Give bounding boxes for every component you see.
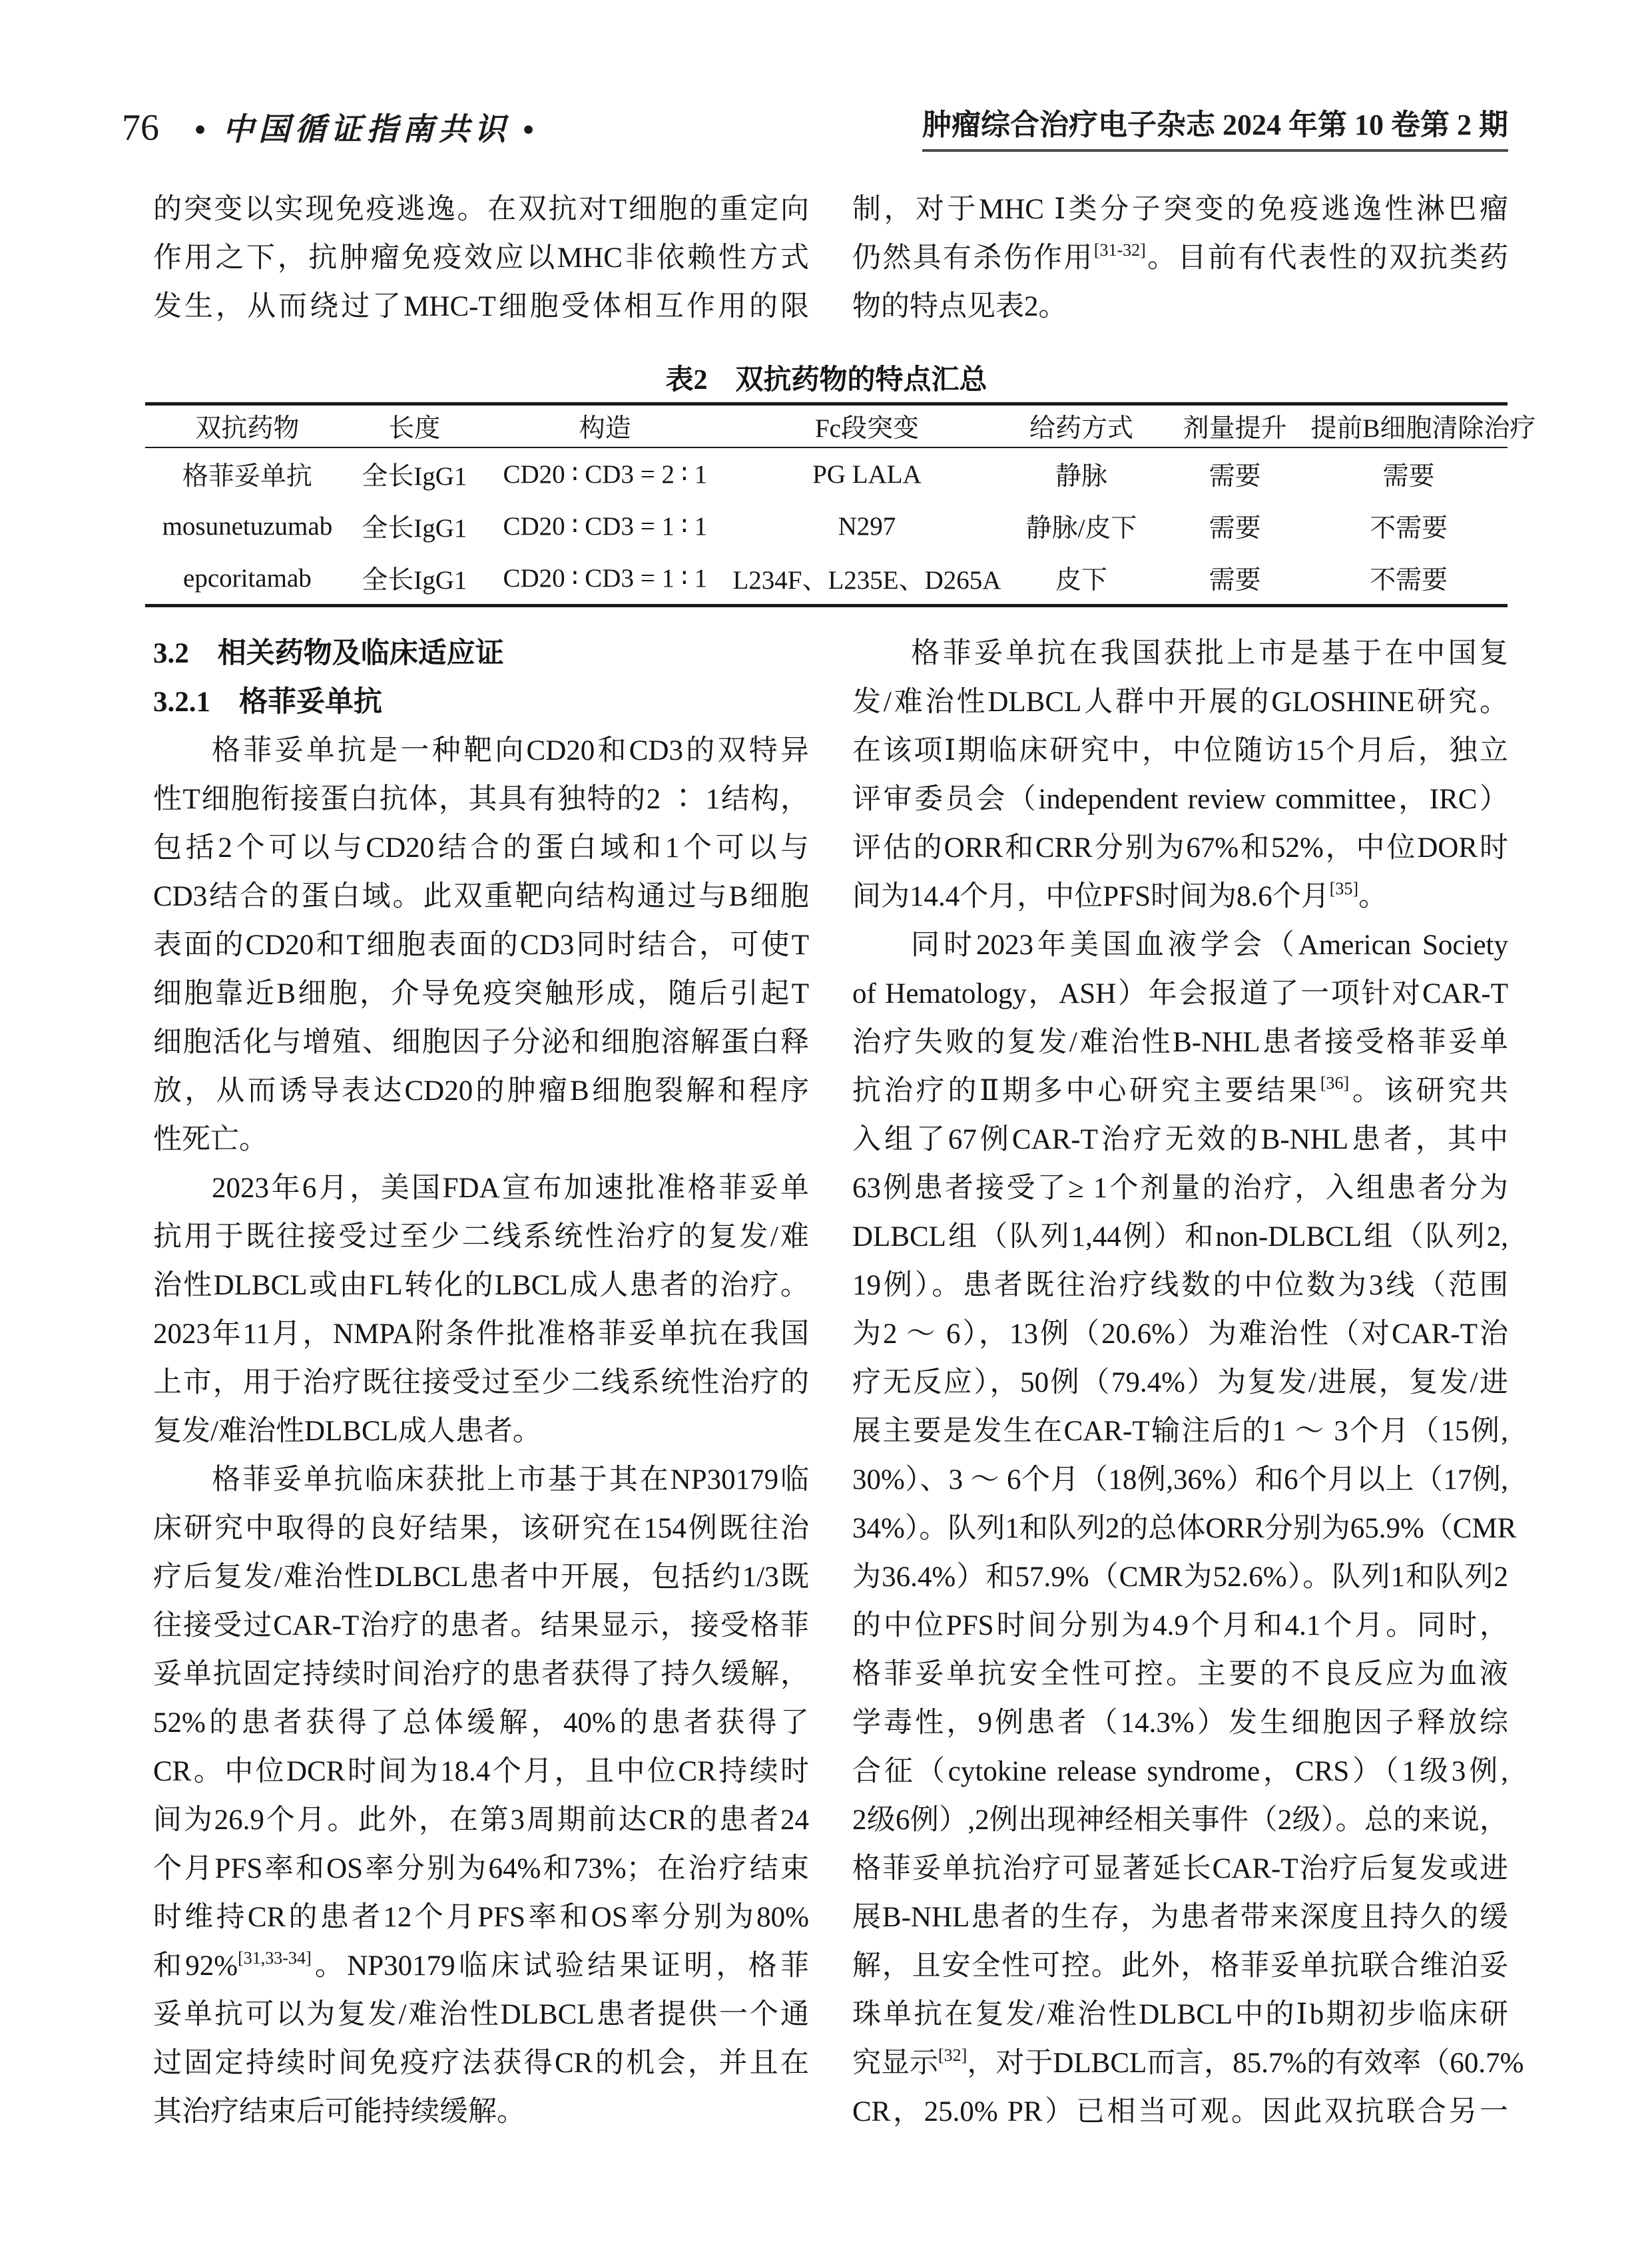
table-caption: 表2 双抗药物的特点汇总 (145, 364, 1508, 397)
right-column-top: 制，对于MHC Ⅰ类分子突变的免疫逃逸性淋巴瘤仍然具有杀伤作用[31-32]。目… (852, 185, 1508, 331)
text-line: 2023年6月，美国FDA宣布加速批准格菲妥单 (153, 1164, 809, 1213)
table-header-cell: 双抗药物 (145, 404, 350, 448)
table-row: epcoritamab全长IgG1CD20 ∶ CD3 = 1 ∶ 1L234F… (145, 552, 1508, 606)
table-header-cell: Fc段突变 (731, 404, 1003, 448)
citation-superscript: [31-32] (1094, 240, 1146, 260)
text-line: 的中位PFS时间分别为4.9个月和4.1个月。同时， (852, 1601, 1508, 1650)
citation-superscript: [35] (1330, 879, 1358, 898)
text-line: 治性DLBCL或由FL转化的LBCL成人患者的治疗。 (153, 1261, 809, 1310)
text-line: CR，25.0% PR）已相当可观。因此双抗联合另一 (852, 2088, 1508, 2136)
table-cell: 需要 (1310, 447, 1508, 500)
text-line: 究显示[32]，对于DLBCL而言，85.7%的有效率（60.7% (852, 2039, 1508, 2088)
section-heading: 3.2 相关药物及临床适应证 (153, 629, 809, 678)
text-line: 间为26.9个月。此外，在第3周期前达CR的患者24 (153, 1796, 809, 1844)
text-line: 的突变以实现免疫逃逸。在双抗对T细胞的重定向 (153, 185, 809, 234)
text-line: 展B-NHL患者的生存，为患者带来深度且持久的缓 (852, 1893, 1508, 1942)
table-header-cell: 剂量提升 (1160, 404, 1310, 448)
left-column-main: 3.2 相关药物及临床适应证3.2.1 格菲妥单抗格菲妥单抗是一种靶向CD20和… (153, 629, 809, 2136)
page-number: 76 (122, 108, 159, 148)
text-line: 学毒性，9例患者（14.3%）发生细胞因子释放综 (852, 1699, 1508, 1747)
text-line: 珠单抗在复发/难治性DLBCL中的Ⅰb期初步临床研 (852, 1990, 1508, 2039)
table-cell: 全长IgG1 (350, 552, 479, 606)
text-line: 格菲妥单抗是一种靶向CD20和CD3的双特异 (153, 726, 809, 775)
text-line: 格菲妥单抗临床获批上市基于其在NP30179临 (153, 1456, 809, 1504)
table-cell: CD20 ∶ CD3 = 2 ∶ 1 (479, 447, 731, 500)
text-line: 复发/难治性DLBCL成人患者。 (153, 1407, 809, 1456)
text-line: 格菲妥单抗安全性可控。主要的不良反应为血液 (852, 1650, 1508, 1699)
table-header-row: 双抗药物长度构造Fc段突变给药方式剂量提升提前B细胞清除治疗 (145, 404, 1508, 448)
table-cell: 不需要 (1310, 552, 1508, 606)
citation-superscript: [36] (1320, 1073, 1349, 1093)
text-line: 2级6例）,2例出现神经相关事件（2级）。总的来说， (852, 1796, 1508, 1844)
text-line: 妥单抗可以为复发/难治性DLBCL患者提供一个通 (153, 1990, 809, 2039)
text-line: 格菲妥单抗在我国获批上市是基于在中国复 (852, 629, 1508, 678)
table-row: 格菲妥单抗全长IgG1CD20 ∶ CD3 = 2 ∶ 1PG LALA静脉需要… (145, 447, 1508, 500)
text-line: 解，且安全性可控。此外，格菲妥单抗联合维泊妥 (852, 1942, 1508, 1990)
text-line: 19例）。患者既往治疗线数的中位数为3线（范围 (852, 1261, 1508, 1310)
table-cell: L234F、L235E、D265A (731, 552, 1003, 606)
table-cell: 静脉 (1003, 447, 1160, 500)
table-cell: 需要 (1160, 500, 1310, 552)
text-line: 往接受过CAR-T治疗的患者。结果显示，接受格菲 (153, 1601, 809, 1650)
text-line: 放，从而诱导表达CD20的肿瘤B细胞裂解和程序 (153, 1067, 809, 1115)
table-cell: CD20 ∶ CD3 = 1 ∶ 1 (479, 552, 731, 606)
text-line: 物的特点见表2。 (852, 282, 1508, 331)
text-line: 63例患者接受了≥ 1个剂量的治疗，入组患者分为 (852, 1164, 1508, 1213)
journal-header: 肿瘤综合治疗电子杂志 2024 年第 10 卷第 2 期 (922, 108, 1508, 152)
text-line: 30%）、3 ～ 6个月（18例,36%）和6个月以上（17例, (852, 1456, 1508, 1504)
text-line: 床研究中取得的良好结果，该研究在154例既往治 (153, 1504, 809, 1553)
text-line: 时维持CR的患者12个月PFS率和OS率分别为80% (153, 1893, 809, 1942)
text-line: 入组了67例CAR-T治疗无效的B-NHL患者，其中 (852, 1115, 1508, 1164)
text-line: 为36.4%）和57.9%（CMR为52.6%）。队列1和队列2 (852, 1553, 1508, 1601)
table-cell: mosunetuzumab (145, 500, 350, 552)
text-line: 发生，从而绕过了MHC-T细胞受体相互作用的限 (153, 282, 809, 331)
text-line: 作用之下，抗肿瘤免疫效应以MHC非依赖性方式 (153, 234, 809, 282)
text-line: 抗治疗的Ⅱ期多中心研究主要结果[36]。该研究共 (852, 1067, 1508, 1115)
text-line: 同时2023年美国血液学会（American Society (852, 921, 1508, 970)
table-cell: CD20 ∶ CD3 = 1 ∶ 1 (479, 500, 731, 552)
left-column-top: 的突变以实现免疫逃逸。在双抗对T细胞的重定向作用之下，抗肿瘤免疫效应以MHC非依… (153, 185, 809, 331)
text-line: 格菲妥单抗治疗可显著延长CAR-T治疗后复发或进 (852, 1844, 1508, 1893)
table-cell: 需要 (1160, 552, 1310, 606)
text-line: 治疗失败的复发/难治性B-NHL患者接受格菲妥单 (852, 1018, 1508, 1067)
journal-title: 肿瘤综合治疗电子杂志 2024 年第 10 卷第 2 期 (922, 108, 1508, 152)
text-line: 细胞活化与增殖、细胞因子分泌和细胞溶解蛋白释 (153, 1018, 809, 1067)
table-cell: 需要 (1160, 447, 1310, 500)
table-cell: 皮下 (1003, 552, 1160, 606)
table-cell: 全长IgG1 (350, 447, 479, 500)
table-row: mosunetuzumab全长IgG1CD20 ∶ CD3 = 1 ∶ 1N29… (145, 500, 1508, 552)
text-line: of Hematology，ASH）年会报道了一项针对CAR-T (852, 970, 1508, 1018)
table-header-cell: 构造 (479, 404, 731, 448)
text-line: 其治疗结束后可能持续缓解。 (153, 2088, 809, 2136)
text-line: 52%的患者获得了总体缓解，40%的患者获得了 (153, 1699, 809, 1747)
table-cell: N297 (731, 500, 1003, 552)
table-cell: 静脉/皮下 (1003, 500, 1160, 552)
text-line: 疗无反应），50例（79.4%）为复发/进展，复发/进 (852, 1358, 1508, 1407)
text-line: 性死亡。 (153, 1115, 809, 1164)
text-line: 评估的ORR和CRR分别为67%和52%，中位DOR时 (852, 824, 1508, 872)
table-cell: 格菲妥单抗 (145, 447, 350, 500)
text-line: 评审委员会（independent review committee，IRC） (852, 775, 1508, 824)
table-cell: epcoritamab (145, 552, 350, 606)
page: 76 • 中国循证指南共识 • 肿瘤综合治疗电子杂志 2024 年第 10 卷第… (0, 0, 1652, 2242)
text-line: 发/难治性DLBCL人群中开展的GLOSHINE研究。 (852, 678, 1508, 726)
table-header-cell: 提前B细胞清除治疗 (1310, 404, 1508, 448)
text-line: 为2 ～ 6），13例（20.6%）为难治性（对CAR-T治 (852, 1310, 1508, 1358)
table-header-cell: 长度 (350, 404, 479, 448)
text-line: 细胞靠近B细胞，介导免疫突触形成，随后引起T (153, 970, 809, 1018)
section-heading: 3.2.1 格菲妥单抗 (153, 678, 809, 726)
text-line: 2023年11月，NMPA附条件批准格菲妥单抗在我国 (153, 1310, 809, 1358)
text-line: 妥单抗固定持续时间治疗的患者获得了持久缓解， (153, 1650, 809, 1699)
table-cell: 不需要 (1310, 500, 1508, 552)
table-cell: 全长IgG1 (350, 500, 479, 552)
text-line: 和92%[31,33-34]。NP30179临床试验结果证明，格菲 (153, 1942, 809, 1990)
text-line: 合征（cytokine release syndrome，CRS）（1级3例, (852, 1747, 1508, 1796)
series-title: • 中国循证指南共识 • (194, 112, 538, 148)
text-line: DLBCL组（队列1,44例）和non-DLBCL组（队列2, (852, 1213, 1508, 1261)
text-line: 个月PFS率和OS率分别为64%和73%；在治疗结束 (153, 1844, 809, 1893)
text-line: CR。中位DCR时间为18.4个月，且中位CR持续时 (153, 1747, 809, 1796)
text-line: 34%）。队列1和队列2的总体ORR分别为65.9%（CMR (852, 1504, 1508, 1553)
citation-superscript: [31,33-34] (238, 1948, 311, 1968)
text-line: 抗用于既往接受过至少二线系统性治疗的复发/难 (153, 1213, 809, 1261)
text-line: 间为14.4个月，中位PFS时间为8.6个月[35]。 (852, 872, 1508, 921)
right-column-main: 格菲妥单抗在我国获批上市是基于在中国复发/难治性DLBCL人群中开展的GLOSH… (852, 629, 1508, 2136)
table-cell: PG LALA (731, 447, 1003, 500)
citation-superscript: [32] (938, 2046, 967, 2065)
text-line: 性T细胞衔接蛋白抗体，其具有独特的2 ∶ 1结构， (153, 775, 809, 824)
text-line: 上市，用于治疗既往接受过至少二线系统性治疗的 (153, 1358, 809, 1407)
text-line: 疗后复发/难治性DLBCL患者中开展，包括约1/3既 (153, 1553, 809, 1601)
text-line: 在该项Ⅰ期临床研究中，中位随访15个月后，独立 (852, 726, 1508, 775)
table-header-cell: 给药方式 (1003, 404, 1160, 448)
text-line: 制，对于MHC Ⅰ类分子突变的免疫逃逸性淋巴瘤 (852, 185, 1508, 234)
text-line: 仍然具有杀伤作用[31-32]。目前有代表性的双抗类药 (852, 234, 1508, 282)
text-line: CD3结合的蛋白域。此双重靶向结构通过与B细胞 (153, 872, 809, 921)
text-line: 展主要是发生在CAR-T输注后的1 ～ 3个月（15例, (852, 1407, 1508, 1456)
text-line: 包括2个可以与CD20结合的蛋白域和1个可以与 (153, 824, 809, 872)
text-line: 过固定持续时间免疫疗法获得CR的机会，并且在 (153, 2039, 809, 2088)
drug-characteristics-table: 双抗药物长度构造Fc段突变给药方式剂量提升提前B细胞清除治疗格菲妥单抗全长IgG… (145, 402, 1508, 607)
text-line: 表面的CD20和T细胞表面的CD3同时结合，可使T (153, 921, 809, 970)
